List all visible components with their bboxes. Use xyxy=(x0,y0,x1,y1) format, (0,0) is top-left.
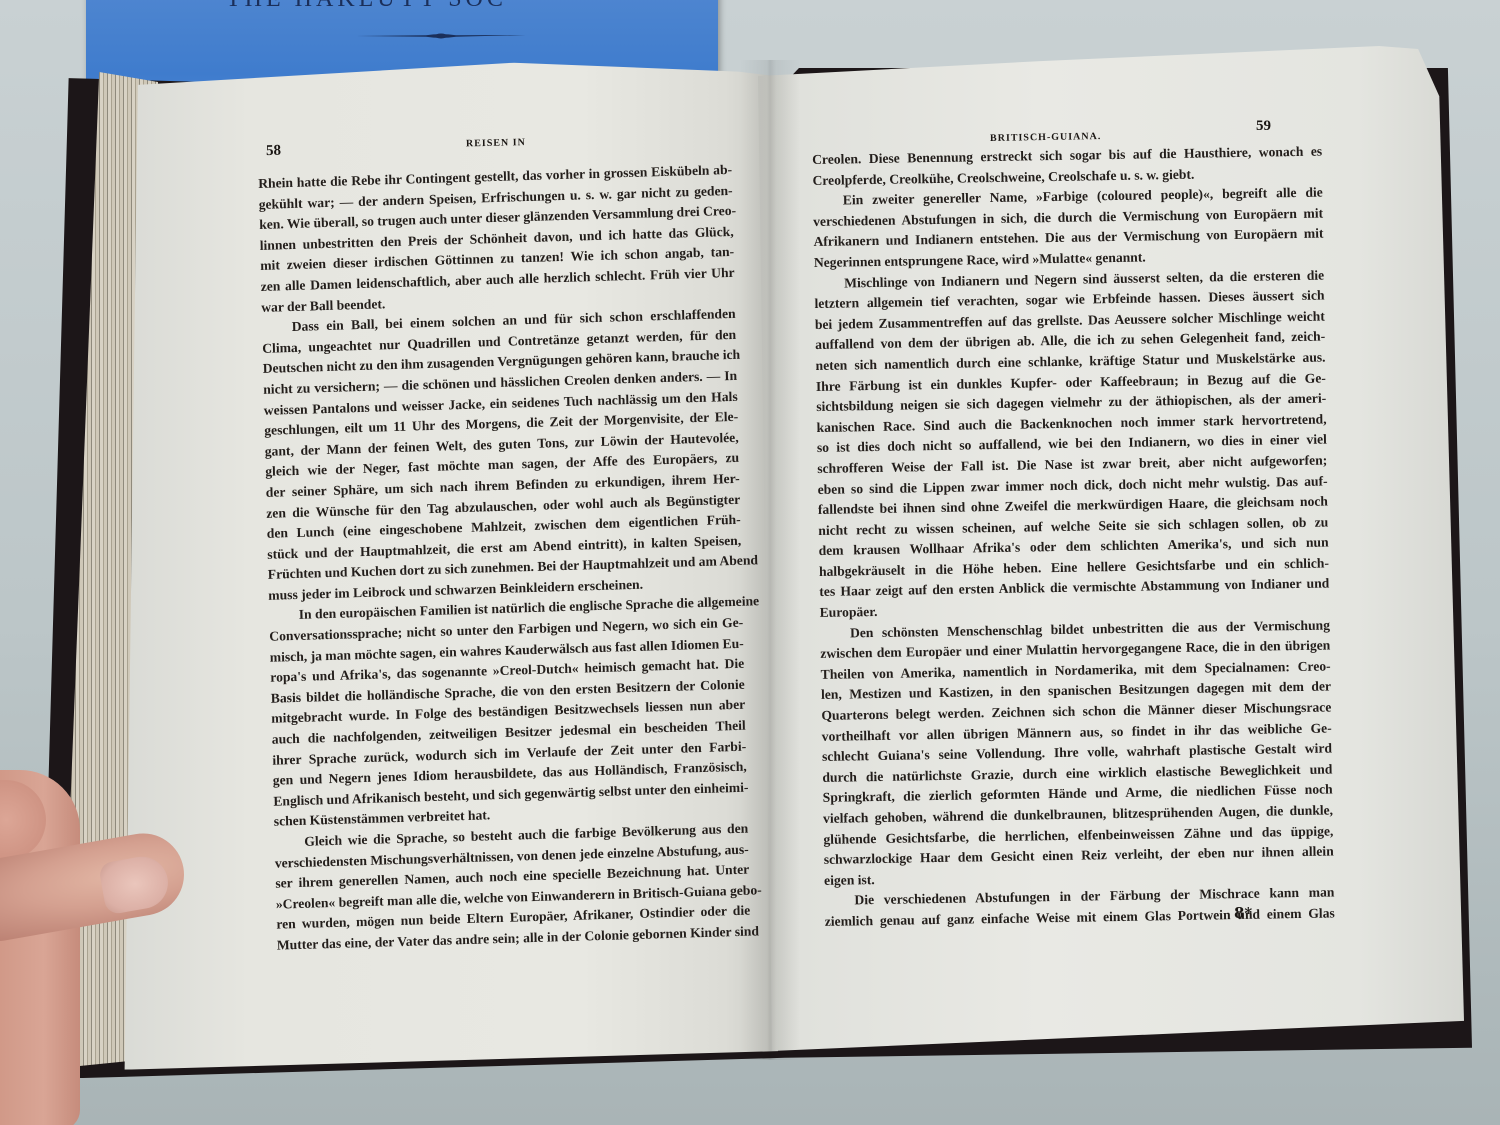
ornament-rule-icon xyxy=(356,33,526,39)
left-page: 58 REISEN IN Rhein hatte die Rebe ihr Co… xyxy=(118,56,778,1069)
body-text: Creolen. Diese Benennung erstreckt sich … xyxy=(812,142,1335,933)
running-head: REISEN IN xyxy=(466,137,526,149)
signature-mark: 8* xyxy=(1234,904,1252,922)
page-number: 59 xyxy=(1256,118,1271,135)
body-text: Rhein hatte die Rebe ihr Contingent gest… xyxy=(258,160,751,956)
right-page: BRITISCH-GUIANA. 59 Creolen. Diese Benen… xyxy=(758,46,1464,1051)
running-head: BRITISCH-GUIANA. xyxy=(990,131,1101,144)
background-book-title: THE HAKLUYT SOC xyxy=(226,0,507,13)
page-number: 58 xyxy=(266,143,281,160)
gutter-shadow xyxy=(740,60,800,1060)
